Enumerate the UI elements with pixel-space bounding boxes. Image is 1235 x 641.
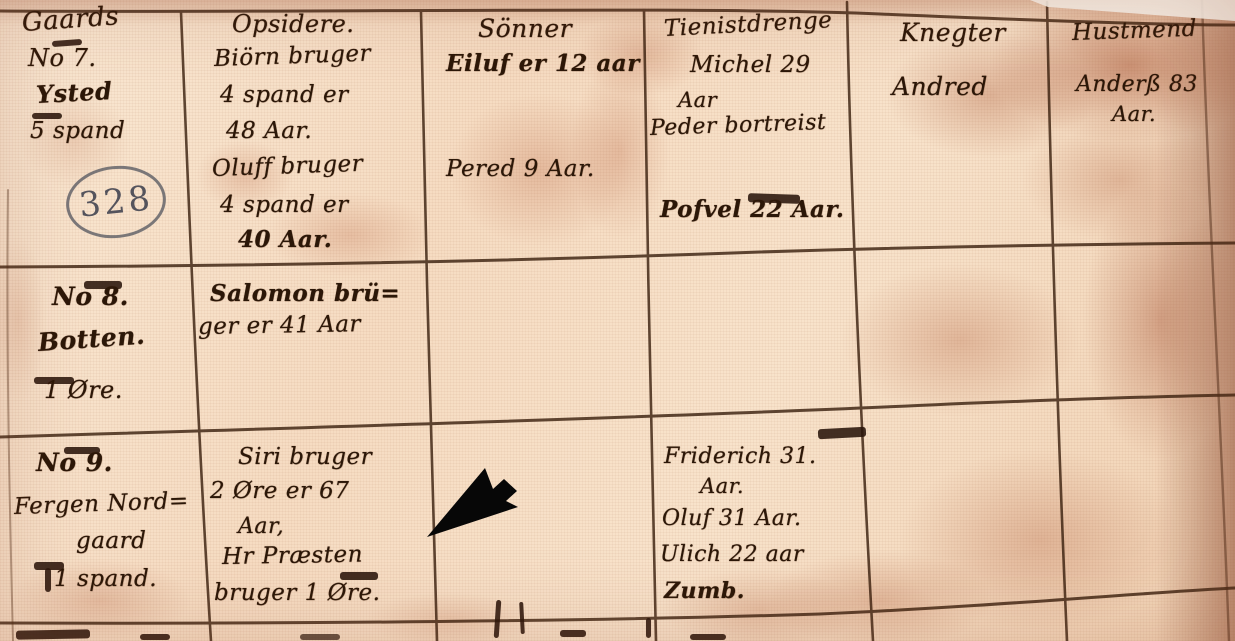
pointer-arrow-annotation — [0, 0, 1235, 641]
arrow-icon — [427, 468, 518, 537]
scanned-census-ledger-page: { "document": { "type": "handwritten cen… — [0, 0, 1235, 641]
